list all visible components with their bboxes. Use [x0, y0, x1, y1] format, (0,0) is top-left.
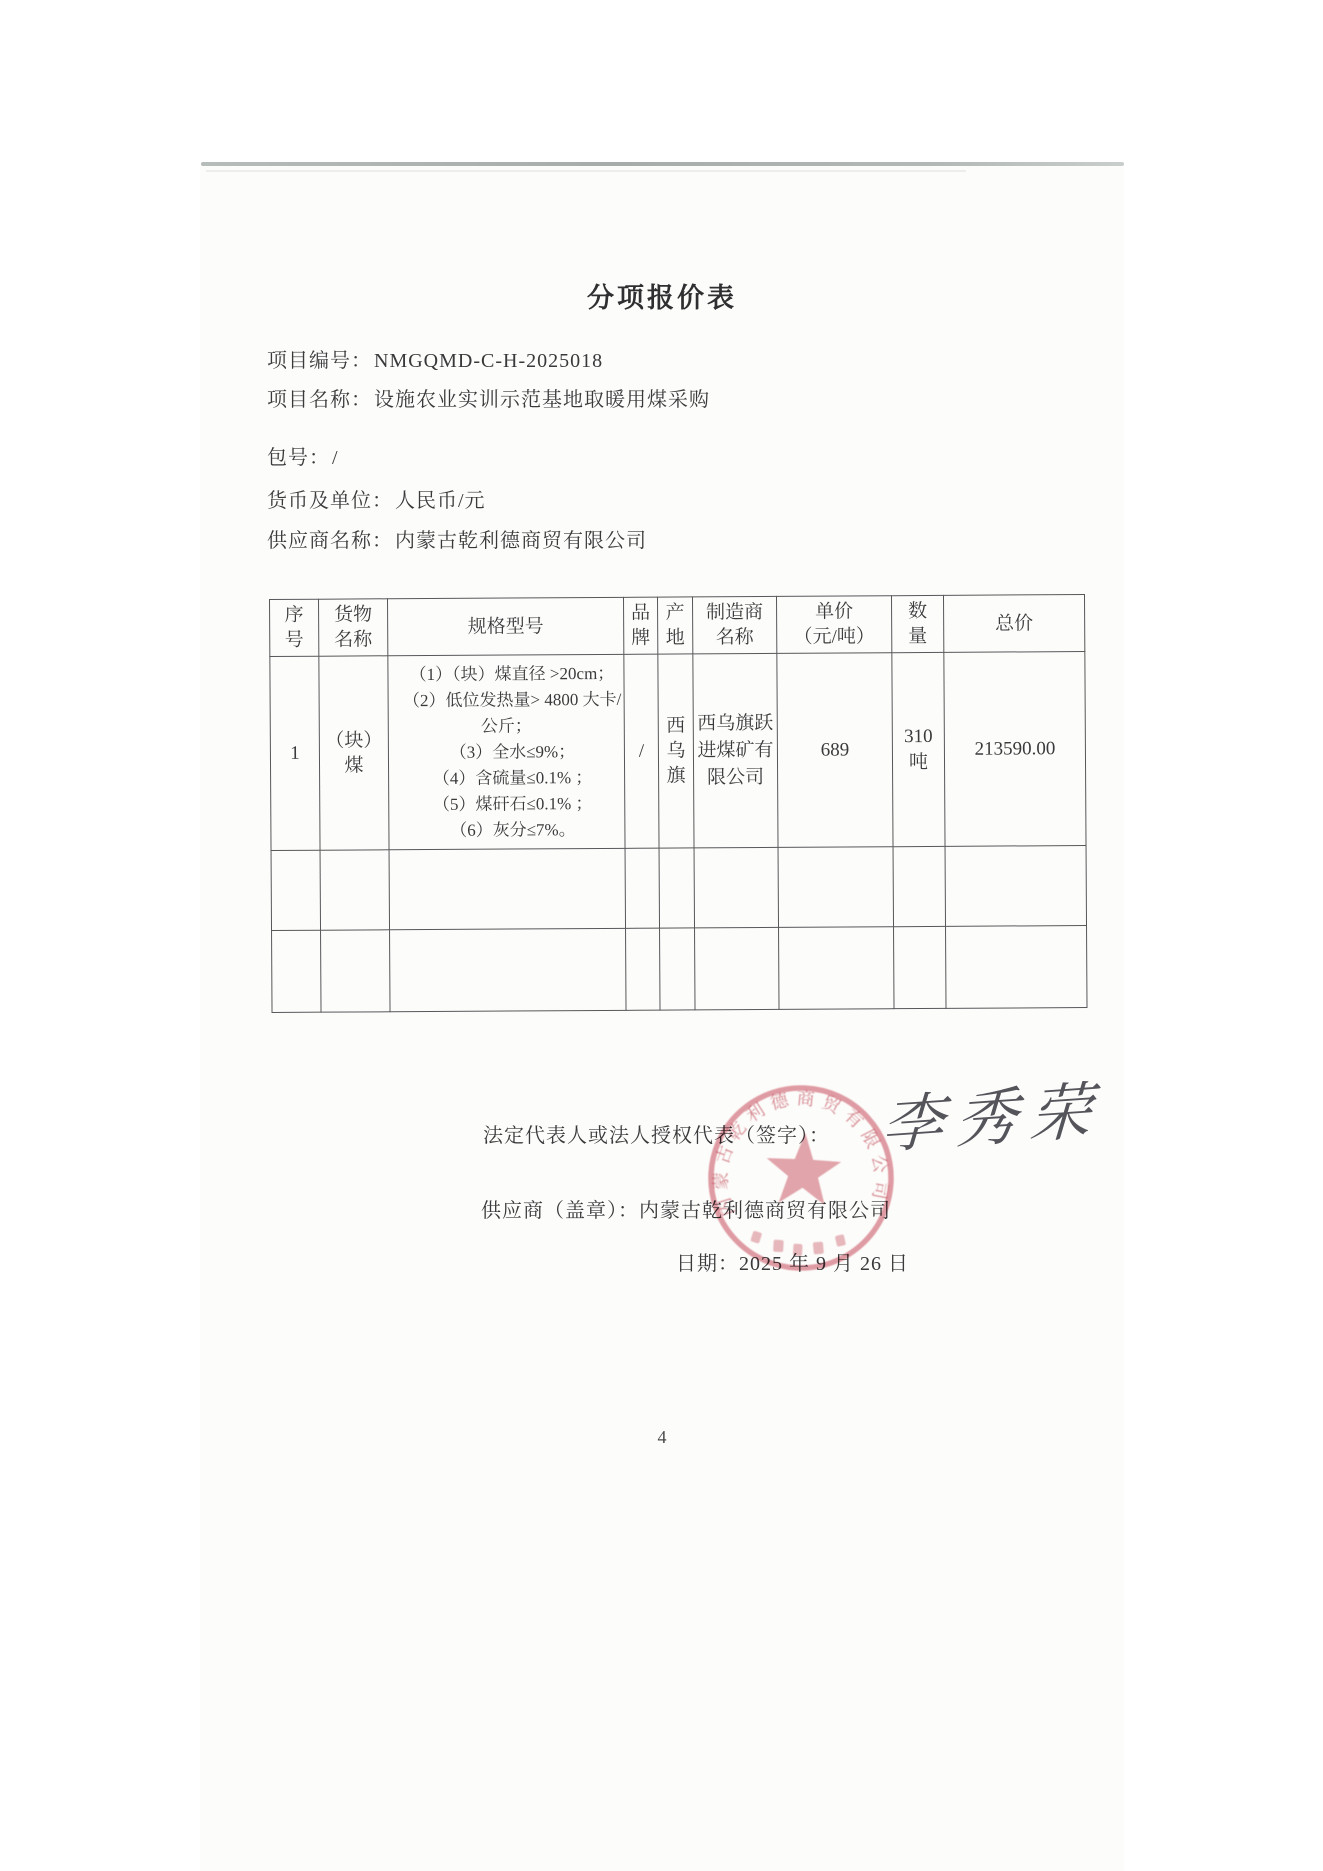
currency-label: 货币及单位：: [267, 490, 393, 512]
supplier-value: 内蒙古乾利德商贸有限公司: [395, 530, 647, 552]
cell-total-price: 213590.00: [944, 652, 1086, 847]
header-seq: 序 号: [270, 599, 319, 656]
header-quantity: 数 量: [891, 595, 943, 652]
spec-item: （6）灰分≤7%。: [391, 816, 622, 843]
field-supplier-name: 供应商名称：内蒙古乾利德商贸有限公司: [267, 524, 647, 553]
table-row: 1 （块） 煤 （1）（块）煤直径 >20cm； （2）低位发热量> 4800 …: [270, 652, 1086, 851]
page-number: 4: [200, 1427, 1124, 1448]
cell-unit-price: 689: [777, 653, 893, 848]
cell-brand: /: [624, 654, 659, 848]
cell-spec: （1）（块）煤直径 >20cm； （2）低位发热量> 4800 大卡/公斤； （…: [388, 654, 625, 849]
spec-item: （3）全水≤9%；: [391, 738, 622, 765]
project-name-value: 设施农业实训示范基地取暖用煤采购: [374, 389, 710, 411]
header-goods-name: 货物 名称: [319, 599, 388, 656]
stamp-bottom-marks: [750, 1229, 847, 1258]
scanned-page: [200, 164, 1124, 1871]
spec-item: （1）（块）煤直径 >20cm；: [390, 660, 621, 687]
cell-manufacturer: 西乌旗跃进煤矿有限公司: [693, 653, 778, 848]
quotation-table: 序 号 货物 名称 规格型号 品 牌 产 地 制造商 名称 单价 （元/吨） 数…: [269, 594, 1088, 1013]
package-label: 包号：: [267, 447, 330, 469]
header-origin: 产 地: [657, 597, 692, 654]
spec-item: （4）含硫量≤0.1% ；: [391, 764, 622, 791]
header-manufacturer: 制造商 名称: [692, 596, 776, 654]
field-project-name: 项目名称：设施农业实训示范基地取暖用煤采购: [267, 383, 710, 412]
table-header-row: 序 号 货物 名称 规格型号 品 牌 产 地 制造商 名称 单价 （元/吨） 数…: [270, 595, 1085, 657]
header-spec: 规格型号: [388, 597, 624, 655]
project-no-value: NMGQMD-C-H-2025018: [374, 350, 603, 372]
empty-table-row: [271, 846, 1086, 931]
package-value: /: [332, 447, 339, 469]
cell-quantity: 310 吨: [892, 652, 945, 846]
project-no-label: 项目编号：: [267, 350, 372, 372]
stamp-star-icon: [764, 1131, 842, 1206]
field-package-no: 包号：/: [267, 441, 339, 470]
field-currency: 货币及单位：人民币/元: [267, 484, 486, 513]
field-project-no: 项目编号：NMGQMD-C-H-2025018: [267, 344, 603, 373]
currency-value: 人民币/元: [395, 490, 486, 512]
header-unit-price: 单价 （元/吨）: [776, 596, 891, 654]
header-total-price: 总价: [943, 595, 1084, 653]
header-brand: 品 牌: [623, 597, 657, 654]
cell-goods-name: （块） 煤: [319, 656, 389, 850]
project-name-label: 项目名称：: [267, 389, 372, 411]
scan-top-edge-shadow: [206, 170, 966, 172]
cell-seq: 1: [270, 656, 320, 850]
handwritten-signature: 李秀荣: [880, 1060, 1106, 1165]
spec-item: （5）煤矸石≤0.1% ；: [391, 790, 622, 817]
empty-table-row: [272, 926, 1087, 1013]
scan-top-edge-line: [201, 162, 1124, 166]
cell-origin: 西 乌 旗: [658, 654, 694, 848]
supplier-label: 供应商名称：: [267, 530, 393, 552]
supplier-seal-label: 供应商（盖章）：: [481, 1200, 639, 1222]
page-title: 分项报价表: [200, 276, 1124, 315]
spec-item: （2）低位发热量> 4800 大卡/公斤；: [391, 686, 622, 739]
